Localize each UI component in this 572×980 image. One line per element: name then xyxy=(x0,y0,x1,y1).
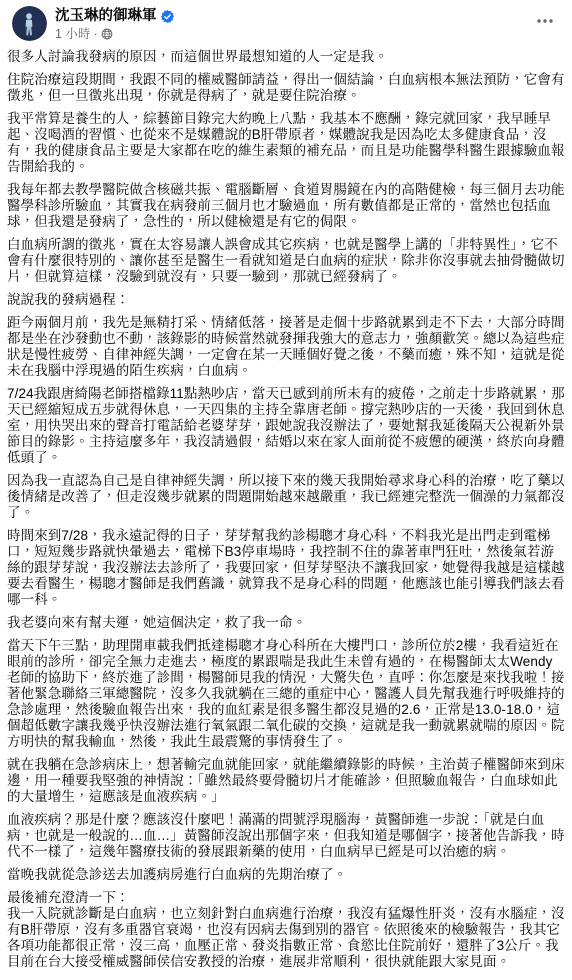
post-paragraph: 住院治療這段期間，我跟不同的權威醫師請益，得出一個結論，白血病根本無法預防，它會… xyxy=(7,72,565,104)
author-name-row: 沈玉琳的御琳軍 xyxy=(55,7,528,25)
post-paragraph: 血液疾病？那是什麼？應該沒什麼吧！滿滿的問號浮現腦海，黃醫師進一步說：「就是白血… xyxy=(7,812,565,860)
more-options-icon xyxy=(536,18,554,24)
header-text: 沈玉琳的御琳軍 1 小時 · xyxy=(55,6,528,42)
post-paragraph: 時間來到7/28，我永遠記得的日子，芽芽幫我約診楊聰才身心科，不料我光是出門走到… xyxy=(7,528,565,608)
post-paragraph: 白血病所謂的徵兆，實在太容易讓人誤會成其它疾病，也就是醫學上講的「非特異性」，它… xyxy=(7,237,565,285)
post-paragraph: 距今兩個月前，我先是無精打采、情緒低落，接著是走個十步路就累到走不下去，大部分時… xyxy=(7,315,565,379)
meta-separator: · xyxy=(93,26,97,42)
post-paragraph: 說說我的發病過程： xyxy=(7,292,565,308)
post-body: 很多人討論我發病的原因，而這個世界最想知道的人一定是我。 住院治療這段期間，我跟… xyxy=(0,44,572,980)
post-paragraph: 我每年都去教學醫院做含核磁共振、電腦斷層、食道胃腸鏡在內的高階健檢，每三個月去功… xyxy=(7,182,565,230)
globe-icon xyxy=(101,28,113,40)
post-paragraph: 我平常算是養生的人，綜藝節目錄完大約晚上八點，我基本不應酬，錄完就回家，我早睡早… xyxy=(7,111,565,175)
post-paragraph: 當晚我就從急診送去加護病房進行白血病的先期治療了。 xyxy=(7,867,565,883)
post-paragraph: 因為我一直認為自己是自律神經失調，所以接下來的幾天我開始尋求身心科的治療，吃了藥… xyxy=(7,473,565,521)
more-options-button[interactable] xyxy=(528,12,562,30)
post-paragraph: 當天下午三點，助理開車載我們抵達楊聰才身心科所在大樓門口，診所位於2樓，我看這近… xyxy=(7,638,565,750)
timestamp[interactable]: 1 小時 xyxy=(55,26,90,42)
facebook-post: 沈玉琳的御琳軍 1 小時 · xyxy=(0,0,572,980)
post-paragraph: 最後補充澄清一下： 我一入院就診斷是白血病，也立刻針對白血病進行治療，我沒有猛爆… xyxy=(7,890,565,970)
post-meta: 1 小時 · xyxy=(55,26,528,42)
avatar[interactable] xyxy=(12,6,47,41)
post-paragraph: 我老婆向來有幫夫運，她這個決定，救了我一命。 xyxy=(7,615,565,631)
post-header: 沈玉琳的御琳軍 1 小時 · xyxy=(0,0,572,44)
author-name[interactable]: 沈玉琳的御琳軍 xyxy=(55,7,157,25)
post-paragraph: 很多人討論我發病的原因，而這個世界最想知道的人一定是我。 xyxy=(7,49,565,65)
verified-badge-icon xyxy=(161,10,174,23)
avatar-image xyxy=(12,6,47,41)
post-paragraph: 就在我躺在急診病床上，想著輸完血就能回家，就能繼續錄影的時候，主治黃子權醫師來到… xyxy=(7,757,565,805)
post-paragraph: 7/24我跟唐綺陽老師搭檔錄11點熱吵店，當天已感到前所未有的疲倦，之前走十步路… xyxy=(7,386,565,466)
